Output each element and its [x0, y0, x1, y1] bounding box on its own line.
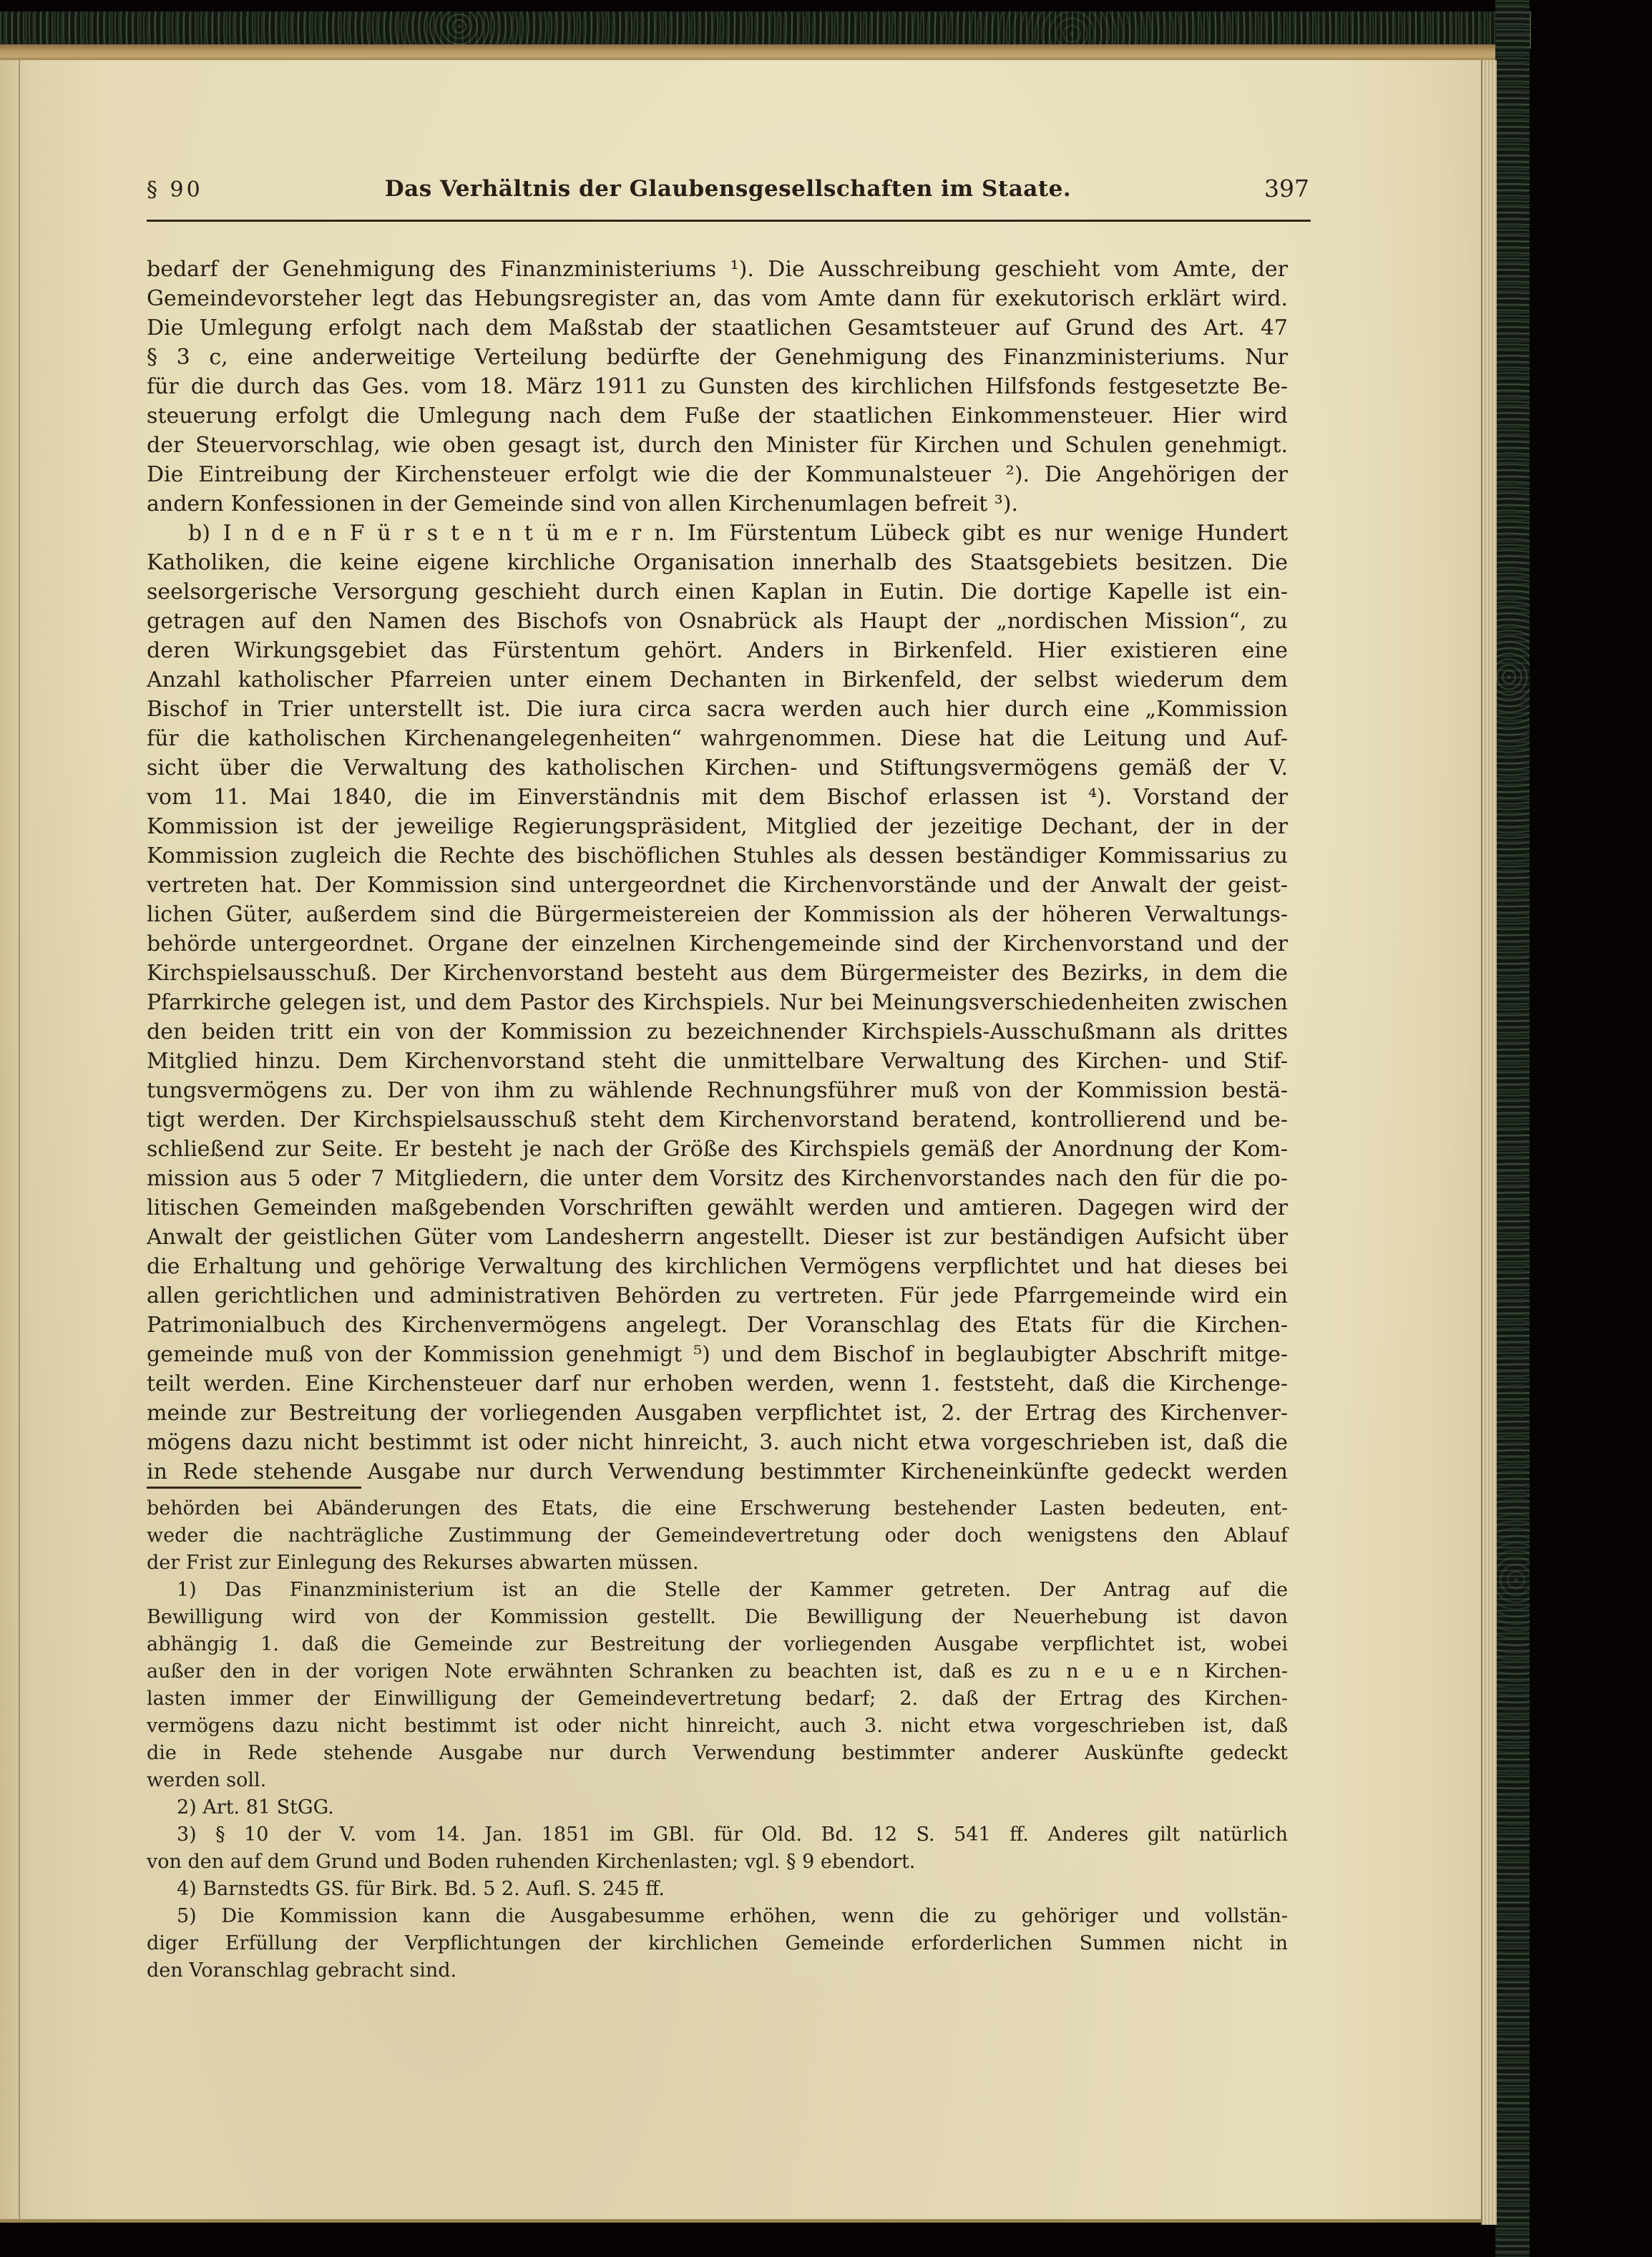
- text-line: Patrimonialbuch des Kirchenvermögens ang…: [147, 1311, 1288, 1340]
- text-line: Anwalt der geistlichen Güter vom Landesh…: [147, 1223, 1288, 1252]
- footnotes: behörden bei Abänderungen des Etats, die…: [147, 1495, 1288, 1984]
- text-line: Kommission ist der jeweilige Regierungsp…: [147, 812, 1288, 841]
- book-page: § 90 Das Verhältnis der Glaubensgesellsc…: [0, 60, 1481, 2223]
- page-edges-right: [1481, 60, 1497, 2225]
- text-line: 3) § 10 der V. vom 14. Jan. 1851 im GBl.…: [147, 1821, 1288, 1849]
- text-line: der Steuervorschlag, wie oben gesagt ist…: [147, 431, 1288, 460]
- header-rule: [147, 220, 1311, 222]
- text-line: Katholiken, die keine eigene kirchliche …: [147, 548, 1288, 577]
- text-line: schließend zur Seite. Er besteht je nach…: [147, 1135, 1288, 1164]
- text-line: diger Erfüllung der Verpflichtungen der …: [147, 1930, 1288, 1957]
- text-line: bedarf der Genehmigung des Finanzministe…: [147, 255, 1288, 284]
- text-line: b) I n d e n F ü r s t e n t ü m e r n. …: [147, 519, 1288, 548]
- text-line: den beiden tritt ein von der Kommission …: [147, 1017, 1288, 1047]
- text-line: getragen auf den Namen des Bischofs von …: [147, 607, 1288, 636]
- text-line: Gemeindevorsteher legt das Hebungsregist…: [147, 284, 1288, 313]
- running-title: Das Verhältnis der Glaubensgesellschafte…: [147, 176, 1309, 202]
- text-line: vermögens dazu nicht bestimmt ist oder n…: [147, 1713, 1288, 1740]
- running-header: § 90 Das Verhältnis der Glaubensgesellsc…: [147, 175, 1309, 207]
- text-line: die Erhaltung und gehörige Verwaltung de…: [147, 1252, 1288, 1281]
- text-line: Die Umlegung erfolgt nach dem Maßstab de…: [147, 313, 1288, 343]
- text-line: Pfarrkirche gelegen ist, und dem Pastor …: [147, 988, 1288, 1017]
- text-line: Kirchspielsausschuß. Der Kirchenvorstand…: [147, 959, 1288, 988]
- text-line: den Voranschlag gebracht sind.: [147, 1957, 1288, 1984]
- text-line: weder die nachträgliche Zustimmung der G…: [147, 1522, 1288, 1549]
- text-line: abhängig 1. daß die Gemeinde zur Bestrei…: [147, 1631, 1288, 1658]
- text-line: litischen Gemeinden maßgebenden Vorschri…: [147, 1193, 1288, 1223]
- text-line: in Rede stehende Ausgabe nur durch Verwe…: [147, 1457, 1288, 1487]
- text-line: lichen Güter, außerdem sind die Bürgerme…: [147, 900, 1288, 929]
- book-cover-top: [0, 11, 1531, 49]
- text-line: steuerung erfolgt die Umlegung nach dem …: [147, 401, 1288, 431]
- text-line: Mitglied hinzu. Dem Kirchenvorstand steh…: [147, 1047, 1288, 1076]
- text-line: tungsvermögens zu. Der von ihm zu wählen…: [147, 1076, 1288, 1105]
- text-line: mission aus 5 oder 7 Mitgliedern, die un…: [147, 1164, 1288, 1193]
- page-number: 397: [1264, 175, 1309, 202]
- text-line: Die Eintreibung der Kirchensteuer erfolg…: [147, 460, 1288, 489]
- text-line: 5) Die Kommission kann die Ausgabesumme …: [147, 1903, 1288, 1930]
- text-line: der Frist zur Einlegung des Rekurses abw…: [147, 1549, 1288, 1577]
- text-line: mögens dazu nicht bestimmt ist oder nich…: [147, 1428, 1288, 1457]
- text-line: die in Rede stehende Ausgabe nur durch V…: [147, 1740, 1288, 1767]
- text-line: Kommission zugleich die Rechte des bisch…: [147, 841, 1288, 871]
- text-line: sicht über die Verwaltung des katholisch…: [147, 753, 1288, 783]
- text-line: werden soll.: [147, 1767, 1288, 1794]
- text-line: vertreten hat. Der Kommission sind unter…: [147, 871, 1288, 900]
- text-line: außer den in der vorigen Note erwähnten …: [147, 1658, 1288, 1685]
- text-line: andern Konfessionen in der Gemeinde sind…: [147, 489, 1288, 519]
- text-line: Bischof in Trier unterstellt ist. Die iu…: [147, 695, 1288, 724]
- text-line: gemeinde muß von der Kommission genehmig…: [147, 1340, 1288, 1369]
- text-line: behörden bei Abänderungen des Etats, die…: [147, 1495, 1288, 1522]
- text-line: vom 11. Mai 1840, die im Einverständnis …: [147, 783, 1288, 812]
- text-line: § 3 c, eine anderweitige Verteilung bedü…: [147, 343, 1288, 372]
- text-line: deren Wirkungsgebiet das Fürstentum gehö…: [147, 636, 1288, 665]
- text-line: allen gerichtlichen und administrativen …: [147, 1281, 1288, 1311]
- text-line: 1) Das Finanzministerium ist an die Stel…: [147, 1577, 1288, 1604]
- book-cover-spine: [1495, 0, 1530, 2257]
- text-line: Bewilligung wird von der Kommission gest…: [147, 1604, 1288, 1631]
- text-line: für die durch das Ges. vom 18. März 1911…: [147, 372, 1288, 401]
- book-photo: § 90 Das Verhältnis der Glaubensgesellsc…: [0, 0, 1652, 2257]
- text-line: für die katholischen Kirchenangelegenhei…: [147, 724, 1288, 753]
- text-line: seelsorgerische Versorgung geschieht dur…: [147, 577, 1288, 607]
- main-text: bedarf der Genehmigung des Finanzministe…: [147, 255, 1288, 1487]
- text-line: behörde untergeordnet. Organe der einzel…: [147, 929, 1288, 959]
- text-line: lasten immer der Einwilligung der Gemein…: [147, 1685, 1288, 1713]
- text-line: von den auf dem Grund und Boden ruhenden…: [147, 1849, 1288, 1876]
- text-line: Anzahl katholischer Pfarreien unter eine…: [147, 665, 1288, 695]
- footnote-separator-rule: [147, 1487, 361, 1489]
- text-line: 4) Barnstedts GS. für Birk. Bd. 5 2. Auf…: [147, 1876, 1288, 1903]
- text-line: teilt werden. Eine Kirchensteuer darf nu…: [147, 1369, 1288, 1399]
- text-line: meinde zur Bestreitung der vorliegenden …: [147, 1399, 1288, 1428]
- page-edges-top: [0, 44, 1495, 61]
- text-line: 2) Art. 81 StGG.: [147, 1794, 1288, 1821]
- text-line: tigt werden. Der Kirchspielsausschuß ste…: [147, 1105, 1288, 1135]
